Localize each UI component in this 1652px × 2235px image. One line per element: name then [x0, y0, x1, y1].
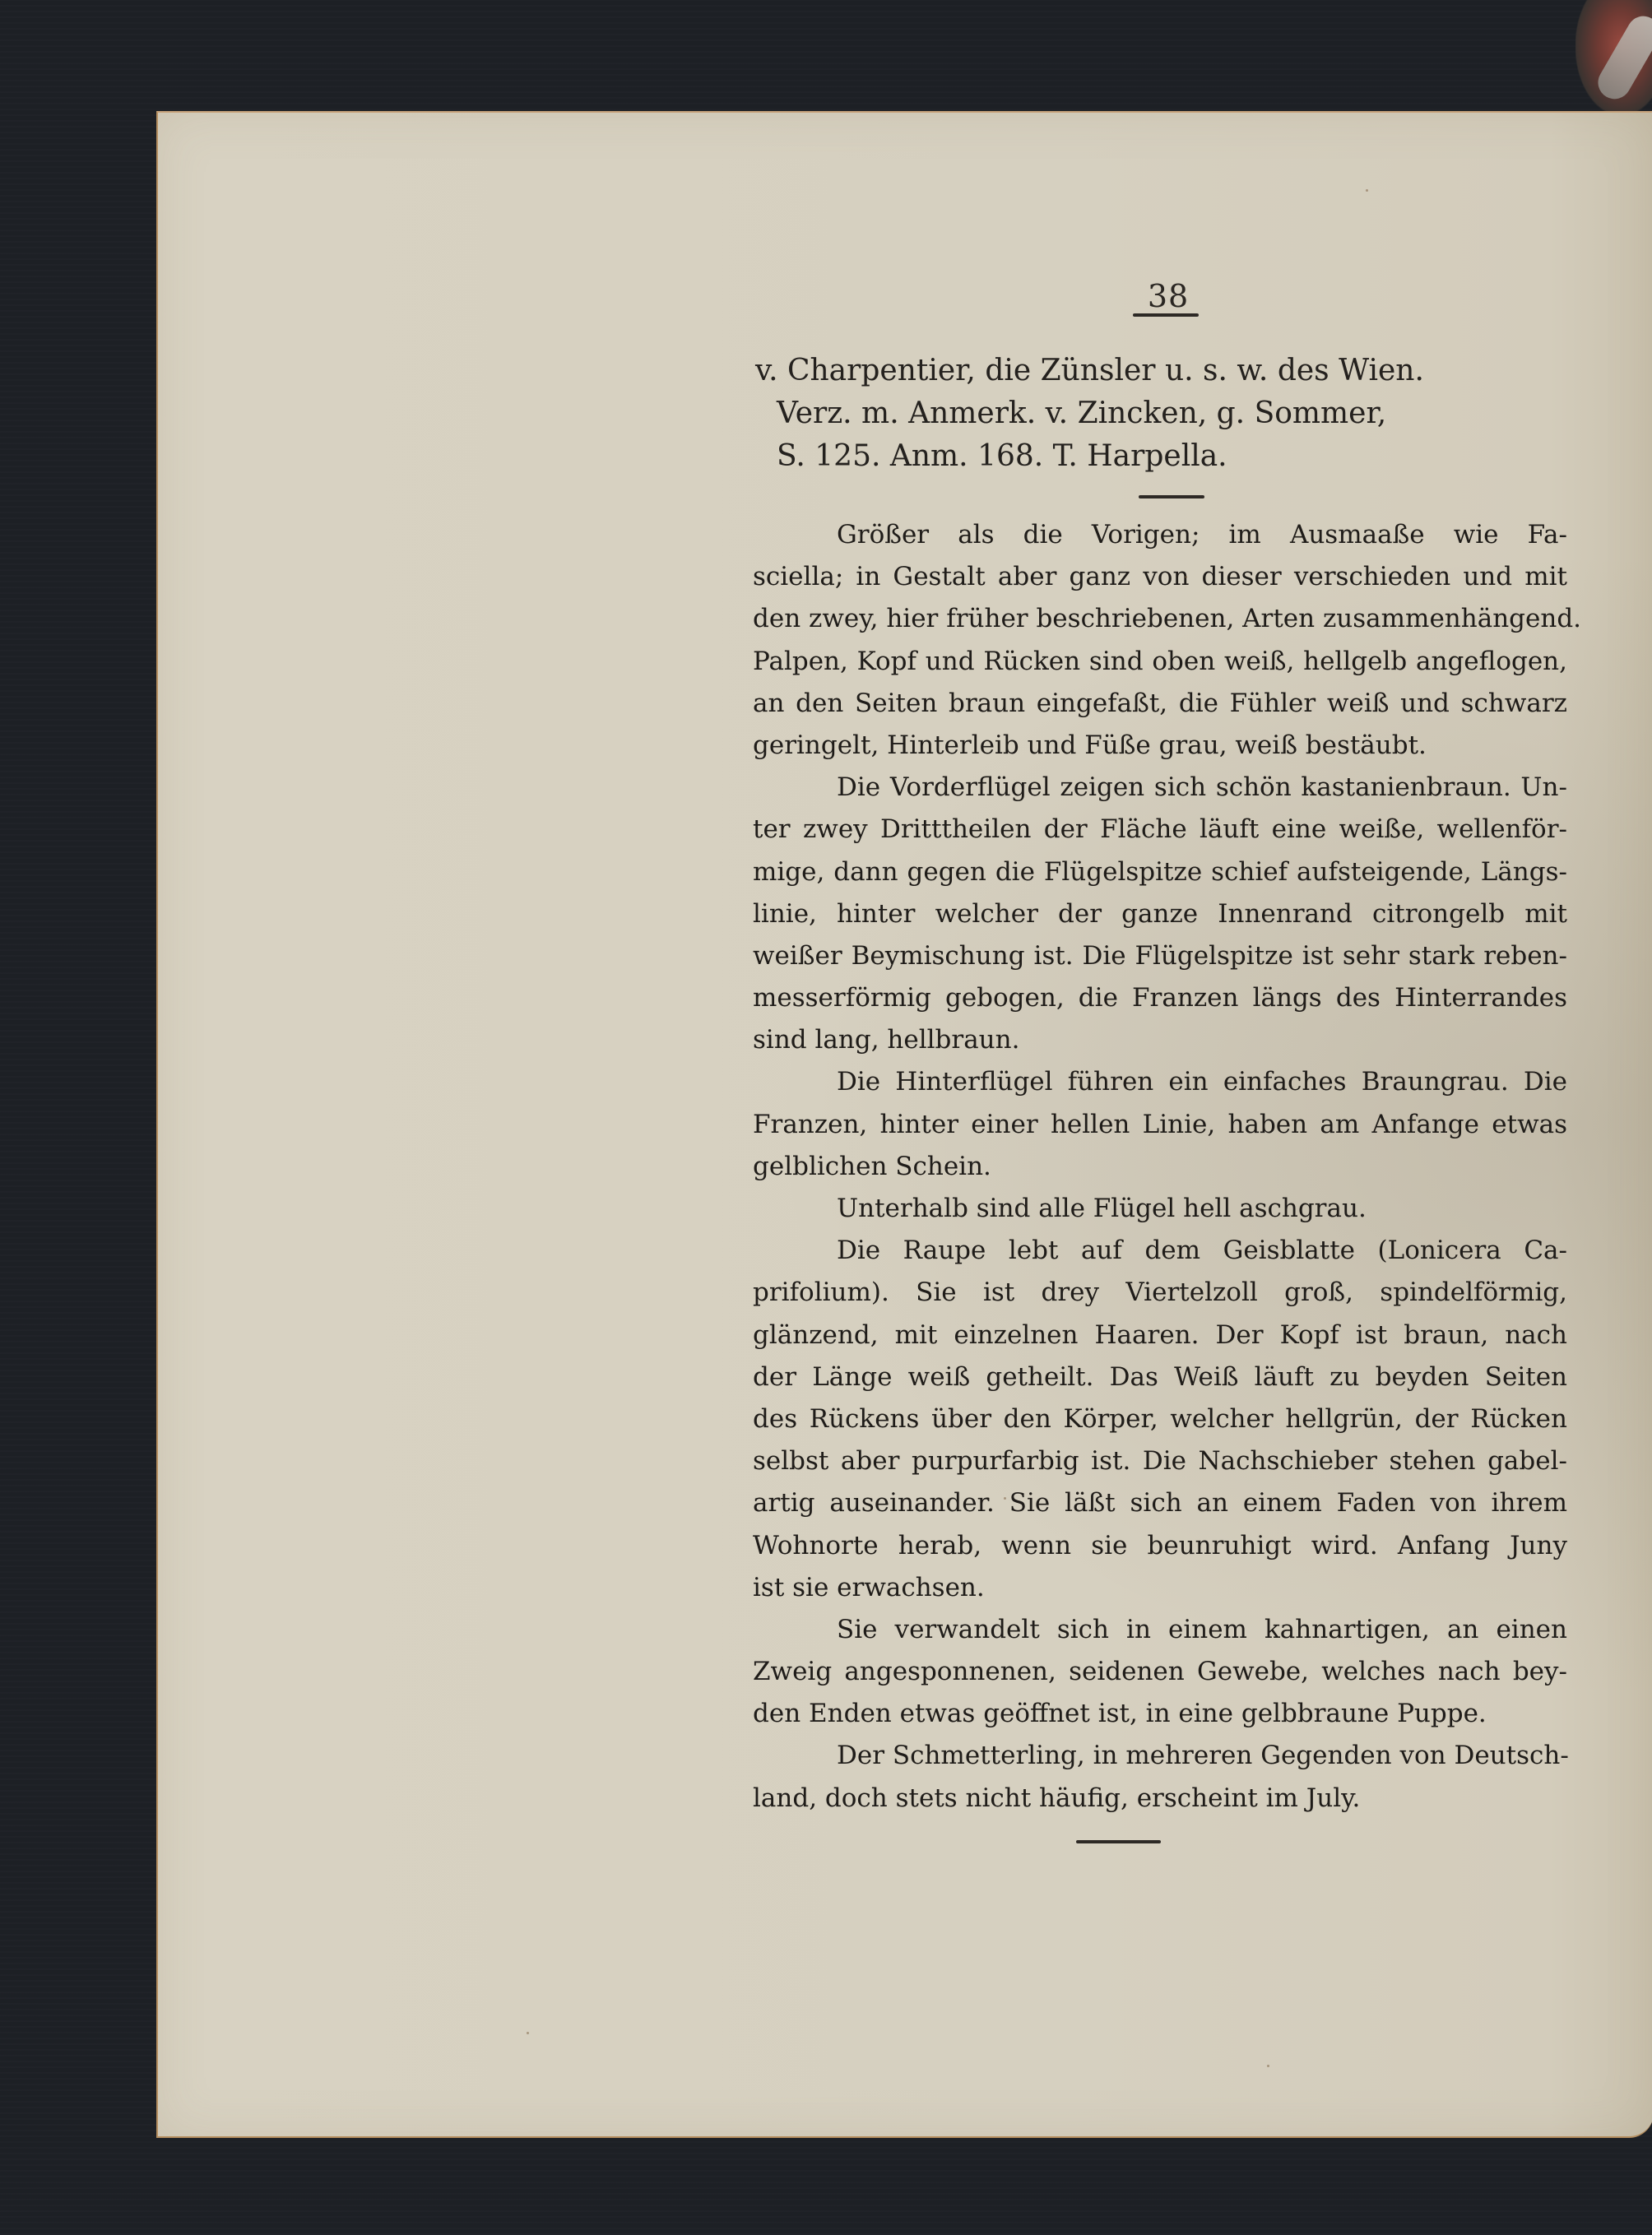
text-line: des Rückens über den Körper, welcher hel…	[753, 1398, 1567, 1440]
text-line: den zwey, hier früher beschriebenen, Art…	[753, 598, 1567, 640]
text-line: linie, hinter welcher der ganze Innenran…	[753, 893, 1567, 935]
paper-speck	[1267, 2065, 1269, 2067]
text-line: der Länge weiß getheilt. Das Weiß läuft …	[753, 1356, 1567, 1398]
page-number: 38	[1119, 278, 1218, 314]
text-line: Der Schmetterling, in mehreren Gegenden …	[753, 1735, 1567, 1777]
paragraph: Die Raupe lebt auf dem Geisblatte (Lonic…	[753, 1230, 1567, 1609]
paper-speck	[1004, 1497, 1006, 1500]
text-line: Die Raupe lebt auf dem Geisblatte (Lonic…	[753, 1230, 1567, 1272]
citation-line: Verz. m. Anmerk. v. Zincken, g. Sommer,	[755, 392, 1570, 435]
text-line: Franzen, hinter einer hellen Linie, habe…	[753, 1104, 1567, 1146]
text-line: weißer Beymischung ist. Die Flügelspitze…	[753, 935, 1567, 977]
text-line: ter zwey Dritttheilen der Fläche läuft e…	[753, 809, 1567, 851]
text-line: Unterhalb sind alle Flügel hell aschgrau…	[753, 1188, 1567, 1230]
paragraph: Der Schmetterling, in mehreren Gegenden …	[753, 1735, 1567, 1819]
header-rule	[1133, 313, 1199, 317]
text-line: Sie verwandelt sich in einem kahnartigen…	[753, 1609, 1567, 1651]
text-line: Wohnorte herab, wenn sie beunruhigt wird…	[753, 1525, 1567, 1567]
text-line: Zweig angesponnenen, seidenen Gewebe, we…	[753, 1651, 1567, 1693]
text-line: Die Hinterflügel führen ein einfaches Br…	[753, 1061, 1567, 1103]
paragraph: Sie verwandelt sich in einem kahnartigen…	[753, 1609, 1567, 1736]
paragraph: Größer als die Vorigen; im Ausmaaße wie …	[753, 514, 1567, 767]
text-line: artig auseinander. Sie läßt sich an eine…	[753, 1482, 1567, 1524]
paragraph: Unterhalb sind alle Flügel hell aschgrau…	[753, 1188, 1567, 1230]
text-line: ist sie erwachsen.	[753, 1567, 1567, 1609]
body-text: Größer als die Vorigen; im Ausmaaße wie …	[753, 514, 1567, 1820]
paper-speck	[1185, 576, 1187, 578]
paragraph: Die Vorderflügel zeigen sich schön kasta…	[753, 767, 1567, 1061]
section-rule	[1139, 495, 1204, 498]
text-line: sciella; in Gestalt aber ganz von dieser…	[753, 556, 1567, 598]
text-line: land, doch stets nicht häufig, erscheint…	[753, 1778, 1567, 1820]
text-line: geringelt, Hinterleib und Füße grau, wei…	[753, 725, 1567, 767]
paper-speck	[527, 2032, 529, 2034]
text-line: selbst aber purpurfarbig ist. Die Nachsc…	[753, 1440, 1567, 1482]
text-line: messerförmig gebogen, die Franzen längs …	[753, 977, 1567, 1019]
book-binding-ornament	[1575, 0, 1652, 115]
text-line: Palpen, Kopf und Rücken sind oben weiß, …	[753, 641, 1567, 683]
text-line: an den Seiten braun eingefaßt, die Fühle…	[753, 683, 1567, 725]
text-line: gelblichen Schein.	[753, 1146, 1567, 1188]
text-line: sind lang, hellbraun.	[753, 1019, 1567, 1061]
text-line: Die Vorderflügel zeigen sich schön kasta…	[753, 767, 1567, 809]
text-line: Größer als die Vorigen; im Ausmaaße wie …	[753, 514, 1567, 556]
text-line: mige, dann gegen die Flügelspitze schief…	[753, 851, 1567, 893]
citation-line: v. Charpentier, die Zünsler u. s. w. des…	[755, 350, 1570, 392]
citation-line: S. 125. Anm. 168. T. Harpella.	[755, 435, 1570, 478]
text-line: den Enden etwas geöffnet ist, in eine ge…	[753, 1693, 1567, 1735]
text-line: glänzend, mit einzelnen Haaren. Der Kopf…	[753, 1315, 1567, 1356]
paper-speck	[1366, 189, 1368, 192]
citation-block: v. Charpentier, die Zünsler u. s. w. des…	[755, 350, 1570, 478]
paragraph: Die Hinterflügel führen ein einfaches Br…	[753, 1061, 1567, 1188]
text-line: prifolium). Sie ist drey Viertelzoll gro…	[753, 1272, 1567, 1314]
end-rule	[1076, 1840, 1161, 1843]
